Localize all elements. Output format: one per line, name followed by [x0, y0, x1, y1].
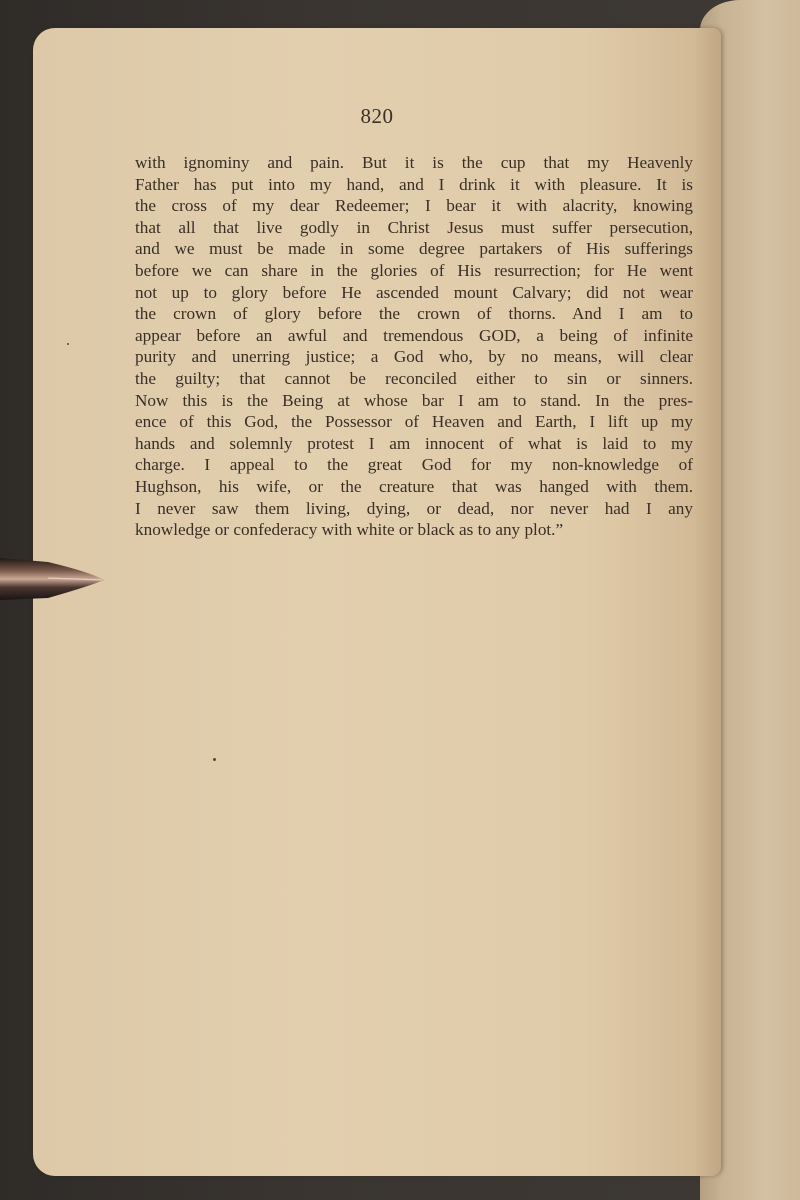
- text-line: the cross of my dear Redeemer; I bear it…: [135, 195, 693, 217]
- page-number: 820: [33, 104, 721, 129]
- body-text: with ignominy and pain. But it is the cu…: [135, 152, 693, 541]
- pen-tip-icon: [0, 552, 106, 604]
- text-line: before we can share in the glories of Hi…: [135, 260, 693, 282]
- text-line: the guilty; that cannot be reconciled ei…: [135, 368, 693, 390]
- text-line: Hughson, his wife, or the creature that …: [135, 476, 693, 498]
- text-line: Now this is the Being at whose bar I am …: [135, 390, 693, 412]
- text-line: with ignominy and pain. But it is the cu…: [135, 152, 693, 174]
- text-line: the crown of glory before the crown of t…: [135, 303, 693, 325]
- text-line: and we must be made in some degree parta…: [135, 238, 693, 260]
- text-line: I never saw them living, dying, or dead,…: [135, 498, 693, 520]
- text-line: charge. I appeal to the great God for my…: [135, 454, 693, 476]
- paper-speck: [213, 758, 216, 761]
- text-line: hands and solemnly protest I am innocent…: [135, 433, 693, 455]
- book-page: 820 with ignominy and pain. But it is th…: [33, 28, 721, 1176]
- text-line: ence of this God, the Possessor of Heave…: [135, 411, 693, 433]
- text-line: knowledge or confederacy with white or b…: [135, 519, 693, 541]
- paper-speck: [67, 343, 69, 345]
- text-line: appear before an awful and tremendous GO…: [135, 325, 693, 347]
- text-line: purity and unerring justice; a God who, …: [135, 346, 693, 368]
- text-line: Father has put into my hand, and I drink…: [135, 174, 693, 196]
- text-line: that all that live godly in Christ Jesus…: [135, 217, 693, 239]
- text-line: not up to glory before He ascended mount…: [135, 282, 693, 304]
